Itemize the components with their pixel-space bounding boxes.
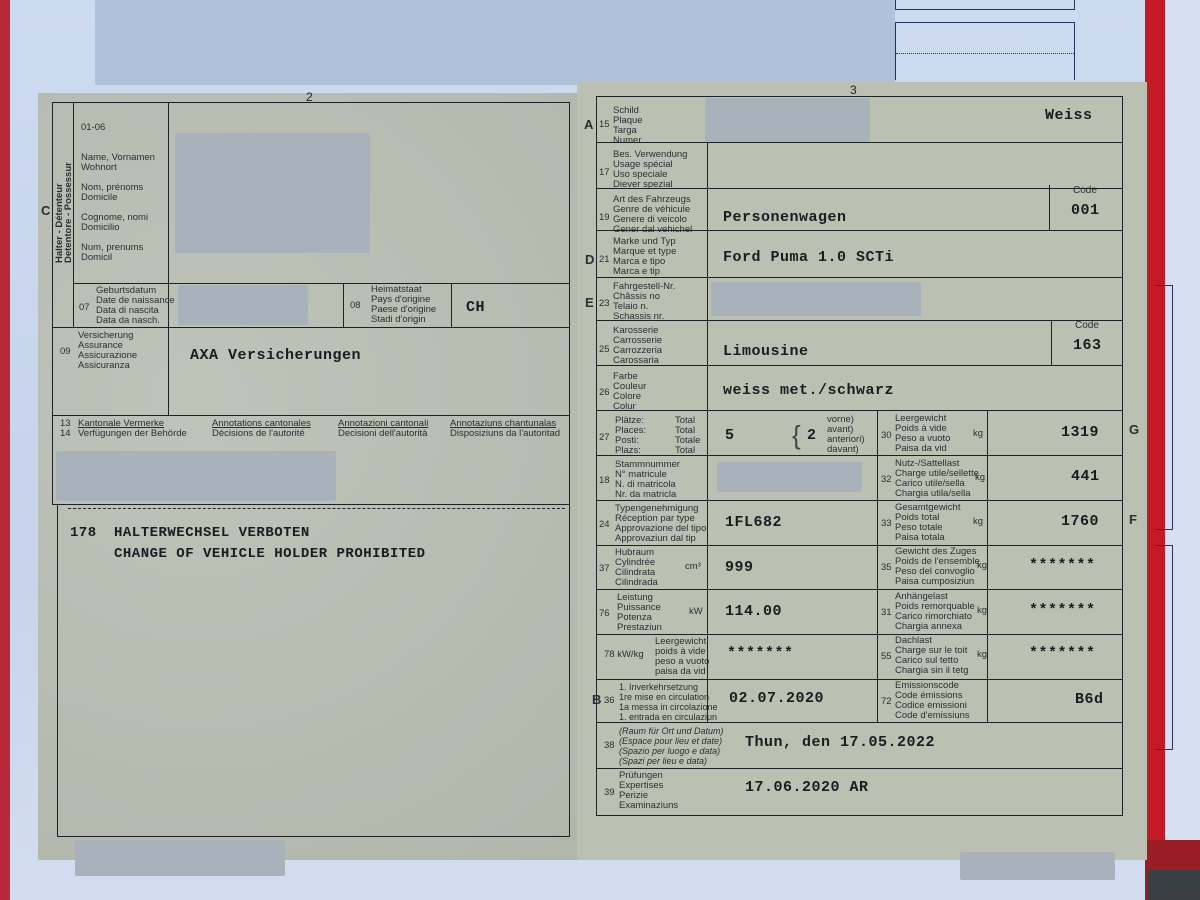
field-label: Leergewichtpoids à videpeso a vuotopaisa… — [655, 637, 709, 677]
annotation-code: 178 — [70, 525, 97, 541]
towing-load-value: ******* — [1029, 602, 1096, 619]
divider — [596, 277, 1123, 278]
divider — [168, 327, 169, 415]
divider — [707, 142, 708, 442]
background-form-box — [895, 0, 1075, 10]
divider — [596, 634, 1123, 635]
train-weight-value: ******* — [1029, 557, 1096, 574]
body-type-code: 163 — [1073, 337, 1102, 354]
field-label: LeergewichtPoids à videPeso a vuotoPaisa… — [895, 414, 950, 454]
field-label: DachlastCharge sur le toitCarico sul tet… — [895, 636, 968, 676]
field-label: HeimatstaatPays d'originePaese d'origine… — [371, 285, 436, 325]
divider — [343, 283, 344, 327]
seats-total-value: 5 — [725, 427, 735, 444]
divider — [596, 722, 1123, 723]
field-label: Num, prenumsDomicil — [81, 243, 143, 263]
vehicle-type-value: Personenwagen — [723, 209, 847, 226]
seats-front-value: 2 — [807, 427, 817, 444]
body-type-value: Limousine — [723, 343, 809, 360]
background-form-box — [895, 22, 1075, 80]
first-registration-value: 02.07.2020 — [729, 690, 824, 707]
redacted-region — [960, 852, 1115, 880]
field-label: GeburtsdatumDate de naissanceData di nas… — [96, 286, 175, 326]
field-code: 26 — [599, 387, 610, 398]
field-label: Name, VornamenWohnort — [81, 153, 155, 173]
field-code: 27 — [599, 432, 610, 443]
field-code: 15 — [599, 119, 610, 130]
redacted-holder-name — [175, 133, 370, 253]
type-approval-value: 1FL682 — [725, 514, 782, 531]
field-code: 24 — [599, 519, 610, 530]
background-form-box — [1155, 545, 1173, 750]
field-code: 38 — [604, 740, 615, 751]
field-code: 17 — [599, 167, 610, 178]
field-label: HubraumCylindréeCilindrataCilindrada — [615, 548, 658, 588]
divider — [987, 410, 988, 722]
insurance-value: AXA Versicherungen — [190, 347, 361, 364]
background-form-box — [1155, 285, 1173, 530]
redacted-region — [95, 0, 895, 85]
divider — [596, 142, 1123, 143]
field-label: Annotaziuns chantunalasDisposiziuns da l… — [450, 419, 560, 439]
field-label: KarosserieCarrosserieCarrozzeriaCarossar… — [613, 326, 662, 366]
field-code: 1314 — [60, 419, 71, 439]
field-label: 1. Inverkehrsetzung1re mise en circulati… — [619, 682, 718, 722]
field-code: 21 — [599, 254, 610, 265]
field-label: Plätze:Places:Posti:Plazs: — [615, 416, 646, 456]
field-code: 09 — [60, 346, 71, 357]
field-code: 33 — [881, 518, 892, 529]
divider — [596, 188, 1123, 189]
field-code: 35 — [881, 562, 892, 573]
unit: kg — [977, 605, 987, 616]
divider — [596, 320, 1123, 321]
annotation-line1: HALTERWECHSEL VERBOTEN — [114, 525, 310, 541]
divider — [596, 230, 1123, 231]
inspection-value: 17.06.2020 AR — [745, 779, 869, 796]
power-value: 114.00 — [725, 603, 782, 620]
field-code: 55 — [881, 651, 892, 662]
field-code: 78 kW/kg — [604, 649, 644, 660]
emission-code-value: B6d — [1075, 691, 1104, 708]
code-label: Code — [1075, 320, 1099, 331]
field-code: 30 — [881, 430, 892, 441]
field-label: Art des FahrzeugsGenre de véhiculeGenere… — [613, 195, 692, 235]
redacted-birthdate — [178, 285, 308, 325]
field-code: 08 — [350, 300, 361, 311]
field-label: Bes. VerwendungUsage spécialUso speciale… — [613, 150, 687, 190]
field-label: StammnummerN° matriculeN. di matricolaNr… — [615, 460, 680, 500]
vehicle-type-code: 001 — [1071, 202, 1100, 219]
field-code: 07 — [79, 302, 90, 313]
dark-surface-corner — [1148, 870, 1200, 900]
divider — [451, 283, 452, 327]
divider — [596, 589, 1123, 590]
field-code: 72 — [881, 696, 892, 707]
field-label: EmissionscodeCode émissionsCodice emissi… — [895, 681, 970, 721]
redacted-region — [56, 451, 336, 501]
field-code: 36 — [604, 695, 615, 706]
page-number: 3 — [850, 83, 857, 97]
payload-value: 441 — [1071, 468, 1100, 485]
divider — [596, 679, 1123, 680]
plate-color-value: Weiss — [1045, 107, 1093, 124]
empty-weight-value: 1319 — [1061, 424, 1099, 441]
field-label: (Raum für Ort und Datum)(Espace pour lie… — [619, 726, 724, 766]
field-label: SchildPlaqueTargaNumer — [613, 106, 643, 146]
field-label: TotalTotalTotaleTotal — [675, 416, 700, 456]
divider — [596, 500, 1123, 501]
field-code: 39 — [604, 787, 615, 798]
code-label: Code — [1073, 185, 1097, 196]
field-label: Nom, prénomsDomicile — [81, 183, 143, 203]
redacted-plate — [705, 98, 870, 142]
field-label: TypengenehmigungRéception par typeApprov… — [615, 504, 706, 544]
field-label: Nutz-/SattellastCharge utile/selletteCar… — [895, 459, 979, 499]
make-model-value: Ford Puma 1.0 SCTi — [723, 249, 894, 266]
unit: kg — [973, 516, 983, 527]
brace: { — [792, 417, 801, 453]
country-of-origin-value: CH — [466, 299, 485, 316]
displacement-value: 999 — [725, 559, 754, 576]
unit: kg — [973, 428, 983, 439]
field-label: Gewicht des ZugesPoids de l'ensemblePeso… — [895, 547, 980, 587]
section-letter-b: B — [592, 692, 601, 707]
unit: cm³ — [685, 561, 701, 572]
field-label: Annotazioni cantonaliDecisioni dell'auto… — [338, 419, 428, 439]
section-letter-c: C — [41, 203, 50, 218]
divider — [596, 410, 1123, 411]
section-letter-a: A — [584, 117, 593, 132]
field-code: 25 — [599, 344, 610, 355]
side-letter-g: G — [1129, 422, 1139, 437]
side-letter-f: F — [1129, 512, 1137, 527]
roof-load-value: ******* — [1029, 645, 1096, 662]
registration-page-right: 3 A 15 SchildPlaqueTargaNumer Weiss 17 B… — [577, 82, 1147, 860]
place-date-value: Thun, den 17.05.2022 — [745, 734, 935, 751]
divider — [1049, 185, 1050, 230]
field-code: 19 — [599, 212, 610, 223]
redacted-chassis-number — [711, 282, 921, 316]
unit: kg — [975, 472, 985, 483]
divider — [596, 365, 1123, 366]
field-code: 37 — [599, 563, 610, 574]
divider — [73, 283, 570, 284]
divider — [52, 415, 570, 416]
field-code: 01-06 — [81, 123, 105, 133]
field-code: 31 — [881, 607, 892, 618]
section-letter-d: D — [585, 252, 594, 267]
field-code: 32 — [881, 474, 892, 485]
field-label: Marke und TypMarque et typeMarca e tipoM… — [613, 237, 676, 277]
field-label: LeistungPuissancePotenzaPrestaziun — [617, 593, 662, 633]
redacted-region — [75, 840, 285, 876]
unit: kg — [977, 649, 987, 660]
field-code: 23 — [599, 298, 610, 309]
divider — [877, 410, 878, 722]
red-folder-edge-left — [0, 0, 10, 900]
field-label: AnhängelastPoids remorquableCarico rimor… — [895, 592, 975, 632]
field-label: FarbeCouleurColoreColur — [613, 372, 646, 412]
dashed-divider — [68, 508, 565, 509]
divider — [1051, 320, 1052, 365]
field-label: Annotations cantonalesDécisions de l'aut… — [212, 419, 311, 439]
holder-vertical-label: Detentore - Possessur — [64, 162, 74, 263]
gross-weight-value: 1760 — [1061, 513, 1099, 530]
registration-page-left: 2 C Halter - Détenteur Detentore - Posse… — [38, 93, 580, 860]
field-label: VersicherungAssuranceAssicurazioneAssicu… — [78, 331, 137, 371]
field-code: 76 — [599, 608, 610, 619]
field-label: Kantonale VermerkeVerfügungen der Behörd… — [78, 419, 187, 439]
field-label: vorne)avant)anteriori)davant) — [827, 415, 865, 455]
field-code: 18 — [599, 475, 610, 486]
unit: kW — [689, 606, 703, 617]
color-value: weiss met./schwarz — [723, 382, 894, 399]
field-label: Fahrgestell-Nr.Châssis noTelaio n.Schass… — [613, 282, 675, 322]
field-label: Cognome, nomiDomicilio — [81, 213, 148, 233]
divider — [52, 327, 570, 328]
annotation-line2: CHANGE OF VEHICLE HOLDER PROHIBITED — [114, 546, 426, 562]
unit: kg — [977, 560, 987, 571]
field-label: PrüfungenExpertisesPerizieExaminaziuns — [619, 771, 678, 811]
power-to-weight-value: ******* — [727, 645, 794, 662]
redacted-matriculation-number — [717, 462, 862, 492]
divider — [596, 768, 1123, 769]
field-label: GesamtgewichtPoids totalPeso totalePaisa… — [895, 503, 960, 543]
section-letter-e: E — [585, 295, 594, 310]
divider — [596, 545, 1123, 546]
